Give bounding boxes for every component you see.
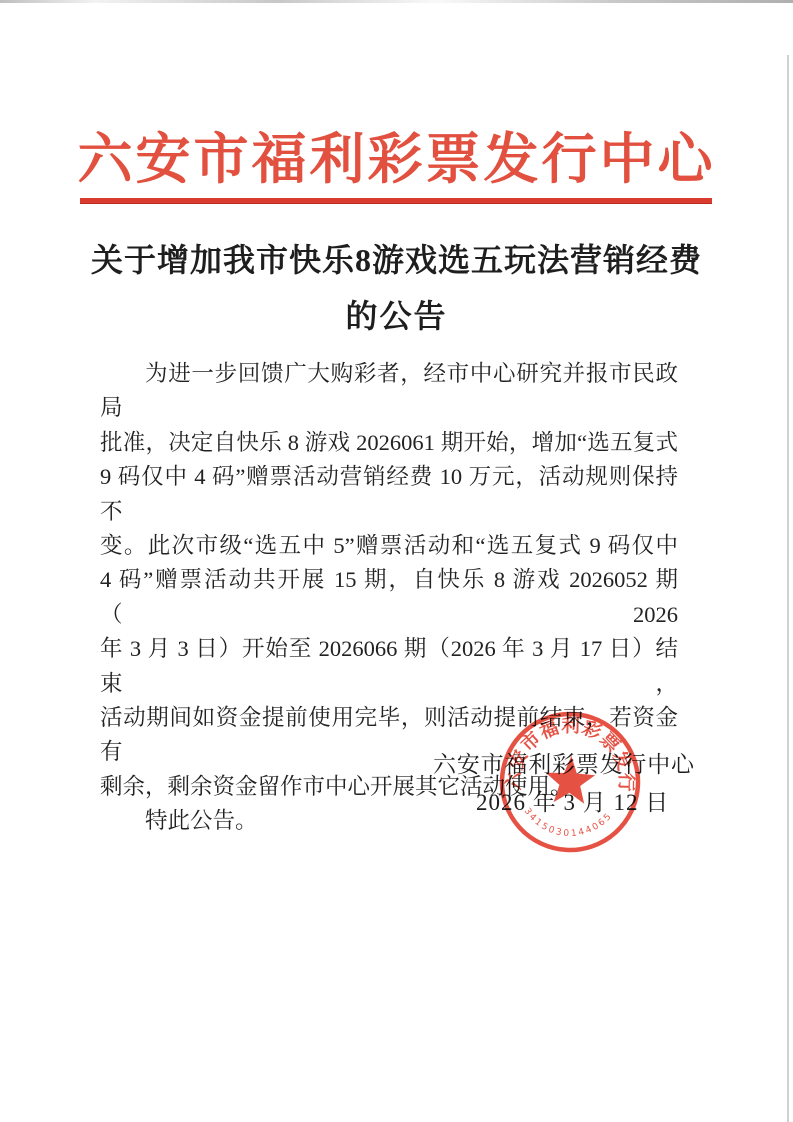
signature-org-name: 六安市福利彩票发行中心 xyxy=(433,746,695,779)
scan-artifact-right-edge xyxy=(787,55,789,1122)
body-line: 为进一步回馈广大购彩者，经市中心研究并报市民政局 xyxy=(100,357,678,426)
body-line: 9 码仅中 4 码”赠票活动营销经费 10 万元，活动规则保持不 xyxy=(100,460,678,529)
body-line: 4 码”赠票活动共开展 15 期，自快乐 8 游戏 2026052 期（2026 xyxy=(100,563,678,632)
signature-date: 2026 年 3 月 12 日 xyxy=(476,784,669,817)
body-line: 年 3 月 3 日）开始至 2026066 期（2026 年 3 月 17 日）… xyxy=(100,632,678,701)
scan-artifact-top-edge xyxy=(0,0,793,3)
letterhead-org-name: 六安市福利彩票发行中心 xyxy=(0,130,793,191)
letterhead-red-rule xyxy=(80,198,712,204)
notice-title-line2: 的公告 xyxy=(0,297,793,335)
body-line: 批准，决定自快乐 8 游戏 2026061 期开始，增加“选五复式 xyxy=(100,426,678,460)
notice-title-line1: 关于增加我市快乐8游戏选五玩法营销经费 xyxy=(0,241,793,279)
scanned-notice-page: 六安市福利彩票发行中心 关于增加我市快乐8游戏选五玩法营销经费 的公告 为进一步… xyxy=(0,0,793,1122)
body-line: 变。此次市级“选五中 5”赠票活动和“选五复式 9 码仅中 xyxy=(100,529,678,563)
